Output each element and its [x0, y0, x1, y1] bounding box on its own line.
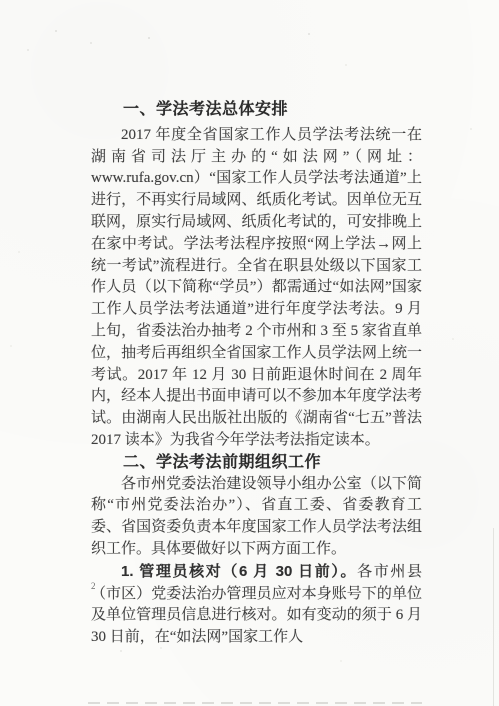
section1-heading: 一、学法考法总体安排: [91, 99, 422, 121]
scan-right-edge-line: [493, 528, 494, 706]
section1-paragraph: 2017 年度全省国家工作人员学法考法统一在湖南省司法厅主办的“如法网”（网址：…: [91, 125, 422, 452]
document-body: 一、学法考法总体安排 2017 年度全省国家工作人员学法考法统一在湖南省司法厅主…: [91, 99, 422, 649]
section2-paragraph: 各市州党委法治建设领导小组办公室（以下简称“市州党委法治办”）、省直工委、省委教…: [91, 474, 422, 561]
scanned-document-page: 一、学法考法总体安排 2017 年度全省国家工作人员学法考法统一在湖南省司法厅主…: [0, 0, 499, 706]
section2-heading: 二、学法考法前期组织工作: [91, 452, 422, 474]
scan-noise-specks: [0, 0, 2, 2]
section2-item1: 1. 管理员核对（6 月 30 日前）。各市州县（市区）党委法治办管理员应对本身…: [91, 561, 422, 649]
page-number: 2: [91, 581, 96, 591]
scan-bottom-smudge: [88, 702, 422, 704]
item1-bold-lead: 1. 管理员核对（6 月 30 日前）。: [121, 563, 357, 580]
